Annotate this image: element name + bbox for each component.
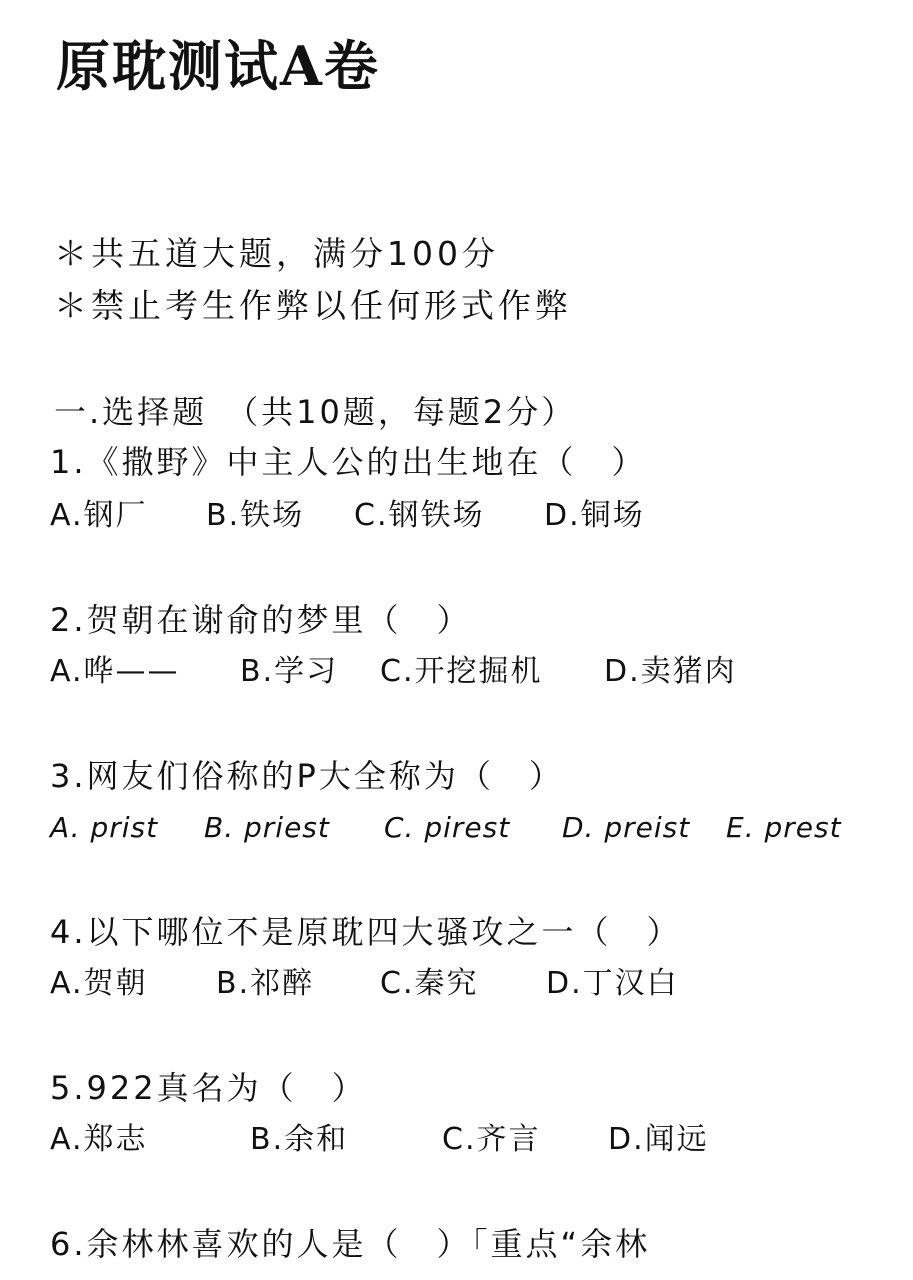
question-4-option-a: A.贺朝: [50, 964, 148, 1004]
question-6-text: 6.余林林喜欢的人是（ ）「重点“余林: [50, 1224, 650, 1264]
question-3-option-c: C. pirest: [384, 808, 510, 848]
question-3-option-e: E. prest: [726, 808, 842, 848]
question-3-text: 3.网友们俗称的P大全称为（ ）: [50, 756, 564, 796]
question-1-option-b: B.铁场: [206, 496, 304, 536]
question-2-option-b: B.学习: [240, 652, 338, 692]
exam-title: 原耽测试A卷: [56, 34, 380, 98]
section-heading-multiple-choice: 一.选择题 （共10题，每题2分）: [54, 392, 576, 432]
question-1-text: 1.《撒野》中主人公的出生地在（ ）: [50, 442, 647, 482]
exam-note-no-cheating: ＊禁止考生作弊以任何形式作弊: [54, 286, 572, 326]
question-3-option-d: D. preist: [562, 808, 690, 848]
question-3-option-a: A. prist: [50, 808, 158, 848]
question-2-option-d: D.卖猪肉: [604, 652, 737, 692]
question-5-option-d: D.闻远: [608, 1120, 709, 1160]
question-2-option-a: A.哗——: [50, 652, 180, 692]
question-1-option-d: D.铜场: [544, 496, 645, 536]
question-4-option-d: D.丁汉白: [546, 964, 679, 1004]
exam-paper: 原耽测试A卷 ＊共五道大题，满分100分 ＊禁止考生作弊以任何形式作弊 一.选择…: [0, 0, 913, 1280]
question-5-option-b: B.余和: [250, 1120, 348, 1160]
question-4-option-b: B.祁醉: [216, 964, 314, 1004]
question-5-option-a: A.郑志: [50, 1120, 148, 1160]
question-1-option-a: A.钢厂: [50, 496, 148, 536]
question-5-text: 5.922真名为（ ）: [50, 1068, 367, 1108]
question-3-option-b: B. priest: [204, 808, 330, 848]
question-5-option-c: C.齐言: [442, 1120, 540, 1160]
question-2-option-c: C.开挖掘机: [380, 652, 542, 692]
question-4-text: 4.以下哪位不是原耽四大骚攻之一（ ）: [50, 912, 682, 952]
question-1-option-c: C.钢铁场: [354, 496, 484, 536]
question-2-text: 2.贺朝在谢俞的梦里（ ）: [50, 600, 472, 640]
question-4-option-c: C.秦究: [380, 964, 478, 1004]
exam-note-total-score: ＊共五道大题，满分100分: [54, 234, 499, 274]
